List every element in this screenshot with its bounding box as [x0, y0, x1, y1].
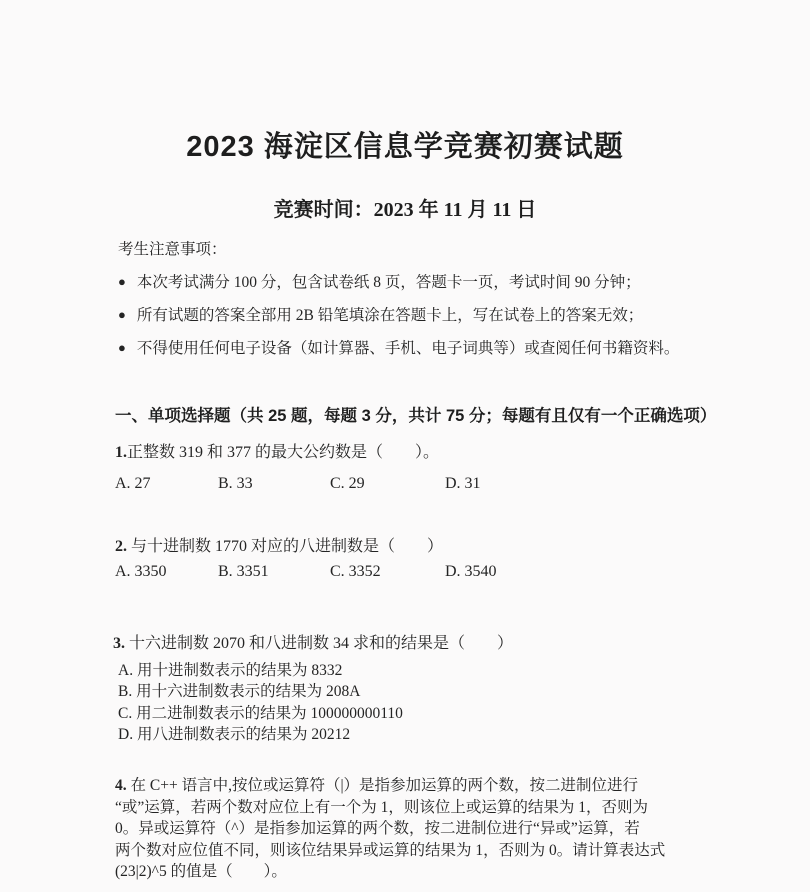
question-4-line-2: “或”运算，若两个数对应位上有一个为 1，则该位上或运算的结果为 1，否则为: [115, 797, 735, 819]
question-4-line-4: 两个数对应位值不同，则该位结果异或运算的结果为 1，否则为 0。请计算表达式: [115, 840, 735, 862]
question-1-options: A. 27 B. 33 C. 29 D. 31: [115, 475, 735, 497]
question-2-option-d: D. 3540: [445, 563, 497, 581]
question-3-option-d: D. 用八进制数表示的结果为 20212: [118, 724, 403, 745]
question-4-stem: 4. 在 C++ 语言中,按位或运算符（|）是指参加运算的两个数，按二进制位进行…: [115, 775, 735, 883]
question-3-options: A. 用十进制数表示的结果为 8332 B. 用十六进制数表示的结果为 208A…: [118, 660, 403, 745]
question-1-option-b: B. 33: [218, 475, 253, 493]
exam-date: 竞赛时间：2023 年 11 月 11 日: [0, 193, 810, 222]
question-4-line-1: 4. 在 C++ 语言中,按位或运算符（|）是指参加运算的两个数，按二进制位进行: [115, 775, 735, 797]
question-2-option-b: B. 3351: [218, 563, 269, 581]
question-3-number: 3.: [113, 635, 125, 652]
notice-bullet-text-2: 所有试题的答案全部用 2B 铅笔填涂在答题卡上，写在试卷上的答案无效；: [137, 303, 643, 325]
notice-bullet-row-3: ● 不得使用任何电子设备（如计算器、手机、电子词典等）或查阅任何书籍资料。: [118, 336, 679, 358]
notice-label: 考生注意事项：: [118, 237, 227, 259]
question-2-stem: 2. 与十进制数 1770 对应的八进制数是（ ）: [115, 533, 443, 556]
bullet-icon: ●: [118, 275, 126, 288]
question-2-option-c: C. 3352: [330, 563, 381, 581]
question-1-option-a: A. 27: [115, 475, 151, 493]
notice-bullet-text-1: 本次考试满分 100 分，包含试卷纸 8 页，答题卡一页，考试时间 90 分钟；: [137, 270, 641, 292]
question-4-line-3: 0。异或运算符（^）是指参加运算的两个数，按二进制位进行“异或”运算，若: [115, 818, 735, 840]
section-1-heading: 一、单项选择题（共 25 题，每题 3 分，共计 75 分；每题有且仅有一个正确…: [115, 402, 716, 426]
question-4-line-1-text: 在 C++ 语言中,按位或运算符（|）是指参加运算的两个数，按二进制位进行: [127, 777, 638, 794]
exam-title: 2023 海淀区信息学竞赛初赛试题: [0, 124, 810, 165]
question-2-option-a: A. 3350: [115, 563, 167, 581]
question-4-number: 4.: [115, 777, 127, 794]
notice-bullet-text-3: 不得使用任何电子设备（如计算器、手机、电子词典等）或查阅任何书籍资料。: [137, 336, 680, 358]
question-1-number: 1.: [115, 444, 127, 461]
question-3-text: 十六进制数 2070 和八进制数 34 求和的结果是（ ）: [125, 635, 513, 652]
exam-page: 2023 海淀区信息学竞赛初赛试题 竞赛时间：2023 年 11 月 11 日 …: [0, 0, 810, 892]
question-4-line-5: (23|2)^5 的值是（ ）。: [115, 861, 735, 883]
bullet-icon: ●: [118, 341, 126, 354]
question-2-number: 2.: [115, 538, 127, 555]
question-3-option-a: A. 用十进制数表示的结果为 8332: [118, 660, 403, 681]
question-1-text: 正整数 319 和 377 的最大公约数是（ ）。: [127, 444, 439, 461]
notice-bullet-row-2: ● 所有试题的答案全部用 2B 铅笔填涂在答题卡上，写在试卷上的答案无效；: [118, 303, 643, 325]
question-2-options: A. 3350 B. 3351 C. 3352 D. 3540: [115, 563, 735, 585]
question-2-text: 与十进制数 1770 对应的八进制数是（ ）: [127, 538, 443, 555]
notice-bullet-row-1: ● 本次考试满分 100 分，包含试卷纸 8 页，答题卡一页，考试时间 90 分…: [118, 270, 641, 292]
question-3-option-c: C. 用二进制数表示的结果为 100000000110: [118, 703, 403, 724]
question-1-stem: 1.正整数 319 和 377 的最大公约数是（ ）。: [115, 439, 439, 462]
question-1-option-c: C. 29: [330, 475, 365, 493]
bullet-icon: ●: [118, 308, 126, 321]
question-3-stem: 3. 十六进制数 2070 和八进制数 34 求和的结果是（ ）: [113, 630, 513, 653]
question-3-option-b: B. 用十六进制数表示的结果为 208A: [118, 681, 403, 702]
question-1-option-d: D. 31: [445, 475, 481, 493]
